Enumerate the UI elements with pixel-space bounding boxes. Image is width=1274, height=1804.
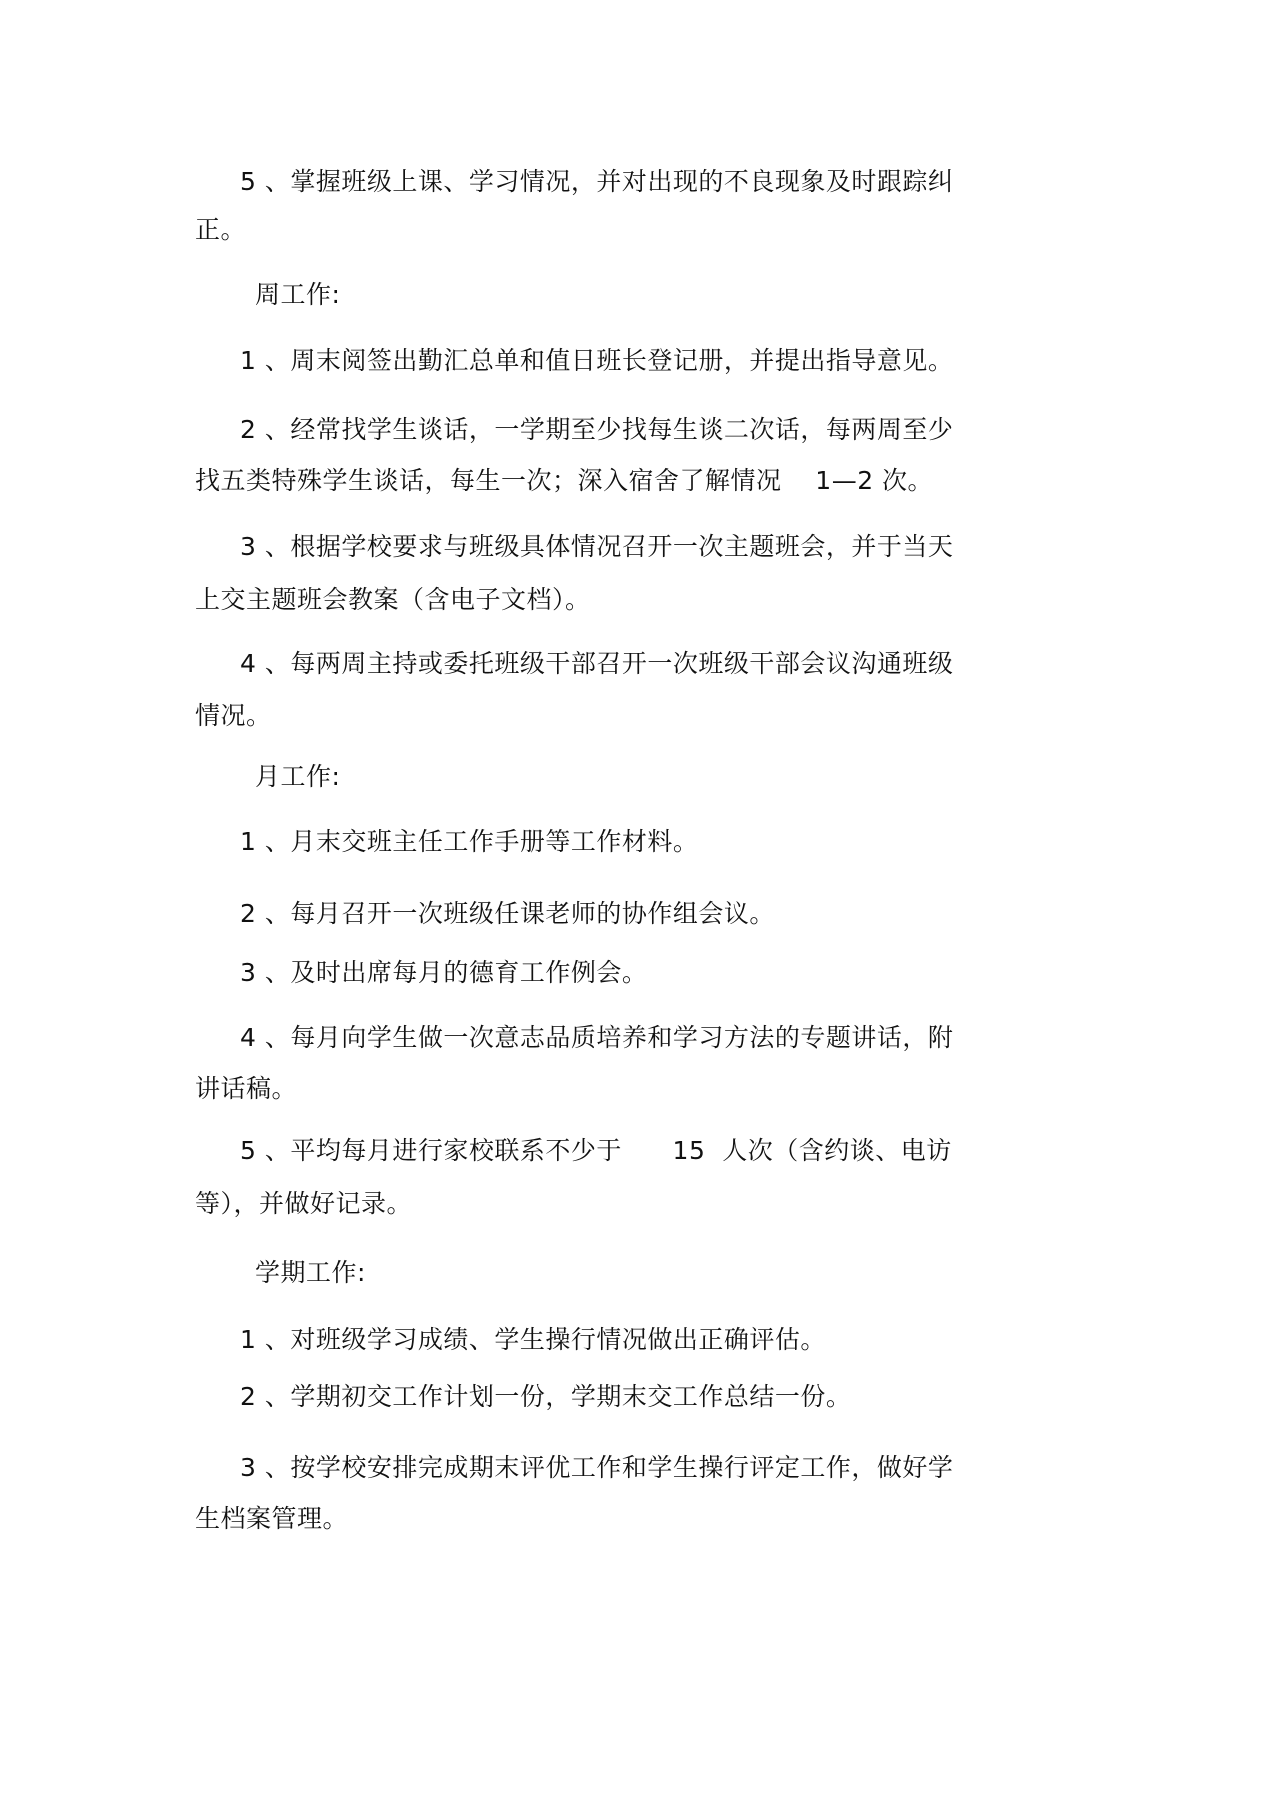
item-line: 2 、学期初交工作计划一份，学期末交工作总结一份。	[240, 1382, 851, 1412]
continuation-line: 上交主题班会教案（含电子文档）。	[195, 585, 591, 615]
item-line: 4 、每两周主持或委托班级干部召开一次班级干部会议沟通班级	[240, 649, 953, 679]
item-line: 1 、月末交班主任工作手册等工作材料。	[240, 827, 698, 857]
continuation-line: 讲话稿。	[195, 1074, 297, 1104]
continuation-line: 找五类特殊学生谈话，每生一次；深入宿舍了解情况 1—2 次。	[195, 466, 933, 496]
item-line: 3 、及时出席每月的德育工作例会。	[240, 958, 647, 988]
item-line: 5 、平均每月进行家校联系不少于 15 人次（含约谈、电访	[240, 1136, 952, 1166]
item-line: 3 、根据学校要求与班级具体情况召开一次主题班会，并于当天	[240, 532, 953, 562]
item-line: 2 、每月召开一次班级任课老师的协作组会议。	[240, 899, 775, 929]
section-heading-semester: 学期工作:	[255, 1258, 366, 1288]
section-heading-weekly: 周工作:	[255, 280, 340, 310]
item-line: 5 、掌握班级上课、学习情况，并对出现的不良现象及时跟踪纠	[240, 167, 953, 197]
document-page: 5 、掌握班级上课、学习情况，并对出现的不良现象及时跟踪纠 正。 周工作: 1 …	[0, 0, 1274, 1804]
continuation-line: 等），并做好记录。	[195, 1189, 412, 1219]
section-heading-monthly: 月工作:	[255, 762, 340, 792]
continuation-line: 正。	[195, 215, 246, 245]
continuation-line: 生档案管理。	[195, 1504, 348, 1534]
item-line: 2 、经常找学生谈话，一学期至少找每生谈二次话，每两周至少	[240, 415, 953, 445]
item-line: 1 、对班级学习成绩、学生操行情况做出正确评估。	[240, 1325, 826, 1355]
item-line: 3 、按学校安排完成期末评优工作和学生操行评定工作，做好学	[240, 1453, 953, 1483]
item-line: 1 、周末阅签出勤汇总单和值日班长登记册，并提出指导意见。	[240, 346, 953, 376]
continuation-line: 情况。	[195, 701, 272, 731]
item-line: 4 、每月向学生做一次意志品质培养和学习方法的专题讲话，附	[240, 1023, 953, 1053]
